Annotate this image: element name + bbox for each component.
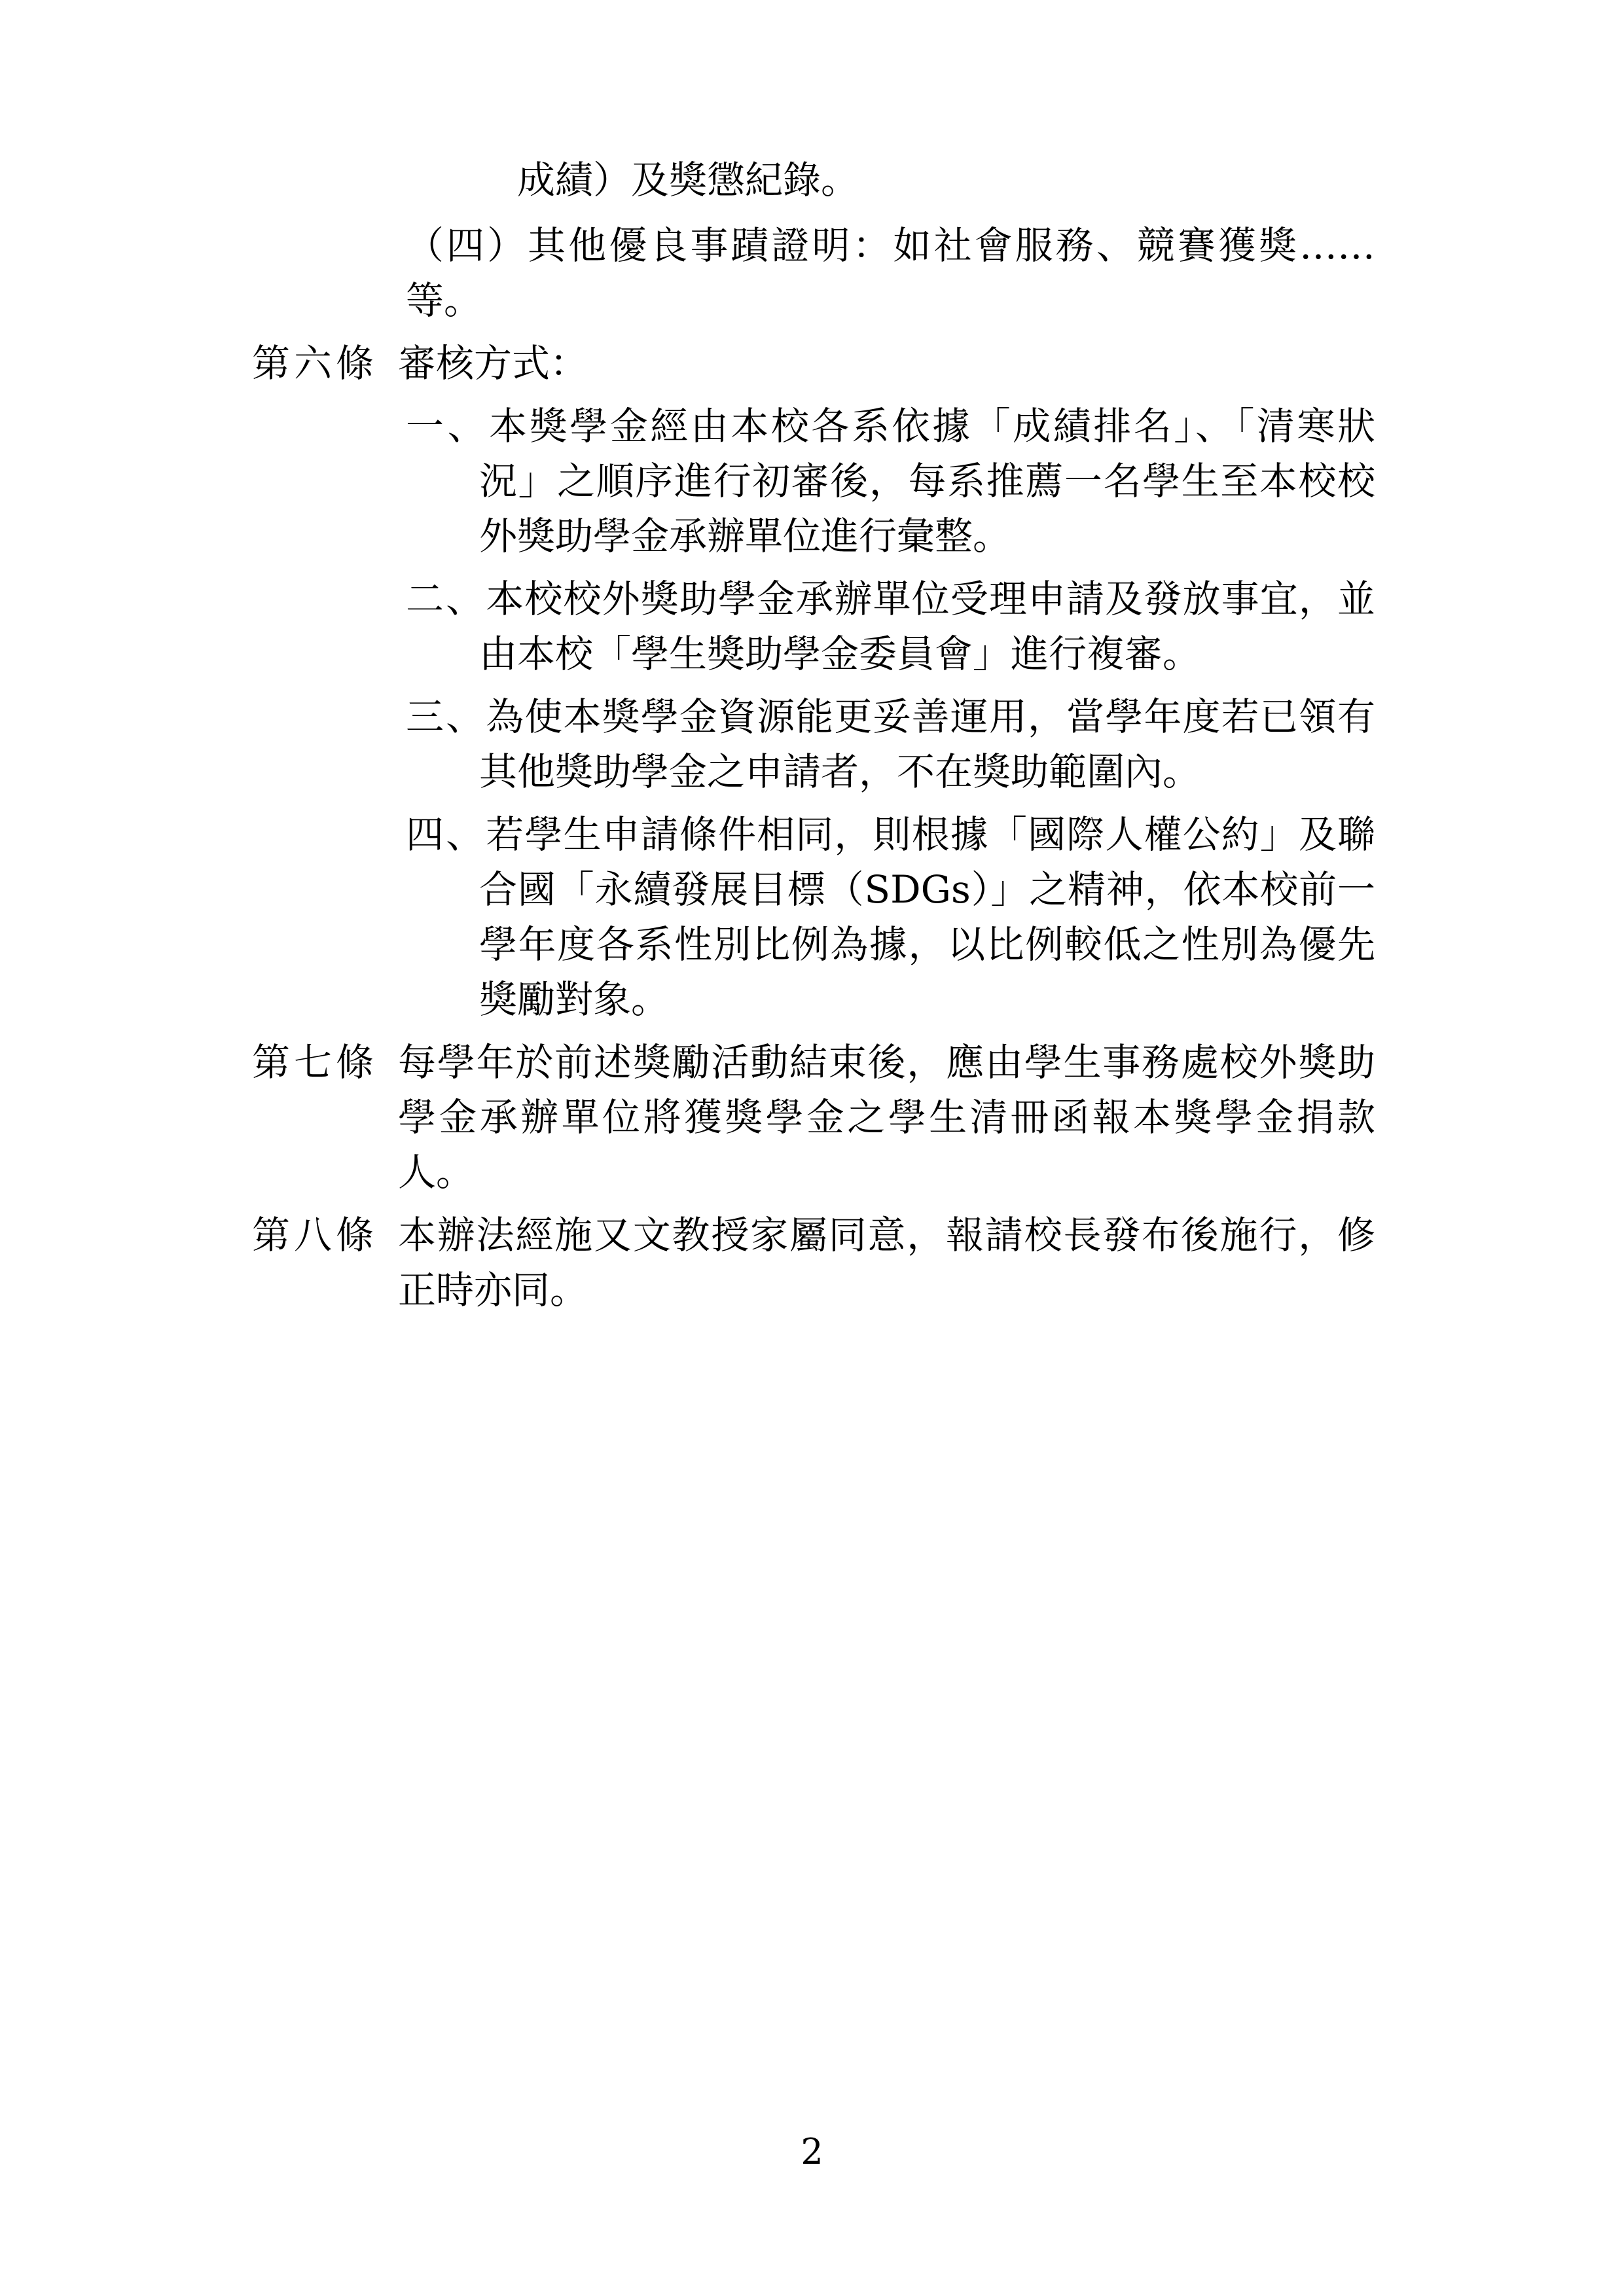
- article-6-item-3: 三、為使本獎學金資源能更妥善運用，當學年度若已領有其他獎助學金之申請者，不在獎助…: [406, 689, 1375, 799]
- article-6-item-2-text: 本校校外獎助學金承辦單位受理申請及發放事宜，並由本校「學生獎助學金委員會」進行複…: [479, 577, 1375, 676]
- article-6-item-3-text: 為使本獎學金資源能更妥善運用，當學年度若已領有其他獎助學金之申請者，不在獎助範圍…: [479, 694, 1375, 794]
- article-6-item-4-text: 若學生申請條件相同，則根據「國際人權公約」及聯合國「永續發展目標（SDGs）」之…: [479, 812, 1375, 1022]
- text-block: 成績）及獎懲紀錄。 （四）其他優良事蹟證明：如社會服務、競賽獲獎……等。 第六條…: [252, 152, 1375, 1318]
- bracket-item-4: （四）其他優良事蹟證明：如社會服務、競賽獲獎……等。: [406, 218, 1375, 328]
- article-6-item-1-number: 一、: [406, 404, 489, 448]
- article-7-label: 第七條: [252, 1035, 378, 1090]
- article-7: 第七條 每學年於前述獎勵活動結束後，應由學生事務處校外獎助學金承辦單位將獲獎學金…: [252, 1035, 1375, 1200]
- article-6-item-4-number: 四、: [406, 812, 486, 857]
- article-8-label: 第八條: [252, 1208, 378, 1263]
- article-6-item-1: 一、本獎學金經由本校各系依據「成績排名」、「清寒狀況」之順序進行初審後，每系推薦…: [406, 399, 1375, 564]
- document-page: 成績）及獎懲紀錄。 （四）其他優良事蹟證明：如社會服務、競賽獲獎……等。 第六條…: [0, 0, 1624, 2296]
- article-6-item-2: 二、本校校外獎助學金承辦單位受理申請及發放事宜，並由本校「學生獎助學金委員會」進…: [406, 571, 1375, 681]
- article-6-item-3-number: 三、: [406, 694, 486, 739]
- article-6-item-4: 四、若學生申請條件相同，則根據「國際人權公約」及聯合國「永續發展目標（SDGs）…: [406, 807, 1375, 1027]
- orphan-continuation-line: 成績）及獎懲紀錄。: [517, 152, 1375, 207]
- article-6-text: 審核方式：: [398, 336, 1375, 391]
- article-8-text: 本辦法經施又文教授家屬同意，報請校長發布後施行，修正時亦同。: [398, 1208, 1375, 1318]
- article-6-item-1-text: 本獎學金經由本校各系依據「成績排名」、「清寒狀況」之順序進行初審後，每系推薦一名…: [479, 404, 1375, 558]
- article-6: 第六條 審核方式： 一、本獎學金經由本校各系依據「成績排名」、「清寒狀況」之順序…: [252, 336, 1375, 1027]
- article-7-text: 每學年於前述獎勵活動結束後，應由學生事務處校外獎助學金承辦單位將獲獎學金之學生清…: [398, 1035, 1375, 1200]
- article-6-item-2-number: 二、: [406, 577, 486, 621]
- article-8: 第八條 本辦法經施又文教授家屬同意，報請校長發布後施行，修正時亦同。: [252, 1208, 1375, 1318]
- article-6-label: 第六條: [252, 336, 378, 391]
- page-number: 2: [0, 2132, 1624, 2172]
